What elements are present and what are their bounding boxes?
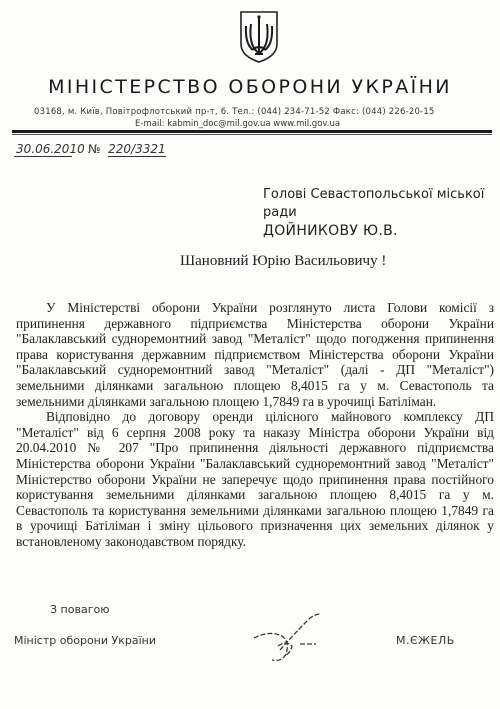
- ministry-name: МІНІСТЕРСТВО ОБОРОНИ УКРАЇНИ: [0, 76, 500, 98]
- address-line: 03168, м. Київ, Повітрофлотський пр-т, 6…: [34, 107, 435, 117]
- body-paragraph-2: Відповідно до договору оренди цілісного …: [16, 409, 494, 549]
- recipient-block: Голові Севастопольської міської ради ДОЙ…: [263, 186, 500, 240]
- number-label: №: [88, 142, 100, 156]
- letterhead-divider-thin: [12, 134, 492, 135]
- signer-name: М.ЄЖЕЛЬ: [396, 634, 455, 647]
- registration-line: 30.06.2010 № 220/3321: [14, 142, 166, 157]
- letter-page: МІНІСТЕРСТВО ОБОРОНИ УКРАЇНИ 03168, м. К…: [0, 0, 500, 709]
- registration-number: 220/3321: [108, 142, 166, 157]
- letter-body: У Міністерстві оборони України розглянут…: [16, 300, 494, 550]
- body-paragraph-1: У Міністерстві оборони України розглянут…: [16, 300, 494, 409]
- signer-position: Міністр оборони України: [14, 634, 156, 647]
- handwritten-signature-icon: [250, 610, 350, 670]
- recipient-name: ДОЙНИКОВУ Ю.В.: [263, 222, 500, 240]
- closing-phrase: З повагою: [50, 603, 109, 616]
- registration-date: 30.06.2010: [14, 142, 72, 157]
- letterhead-divider: [12, 130, 492, 133]
- trident-coat-of-arms-icon: [238, 10, 280, 64]
- recipient-title: Голові Севастопольської міської ради: [263, 186, 500, 222]
- contact-line: E-mail: kabmin_doc@mil.gov.ua www.mil.go…: [135, 119, 340, 129]
- salutation: Шановний Юрію Васильовичу !: [180, 253, 386, 270]
